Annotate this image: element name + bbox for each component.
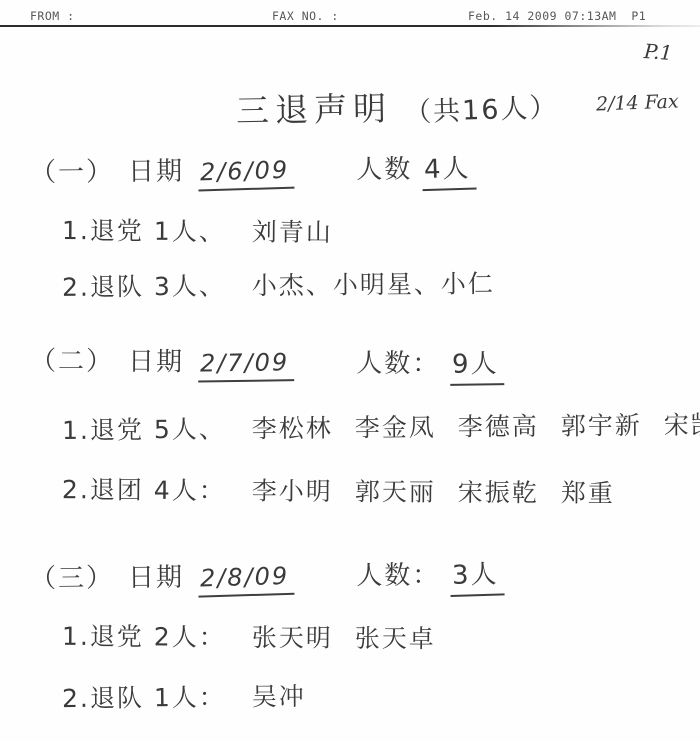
count-value: 9人 (450, 343, 504, 386)
fax-page: { "fax_header": { "from_label": "FROM :"… (0, 0, 700, 742)
person-name: 刘青山 (252, 217, 333, 247)
person-name: 张天明 (252, 623, 333, 653)
entry-prefix: 1.退党 (62, 622, 144, 652)
handwritten-page-number: P.1 (643, 39, 673, 65)
entry-count: 3人、 (154, 271, 226, 301)
entry-count: 2人： (154, 622, 226, 652)
entry-prefix: 2.退队 (62, 683, 144, 713)
entry-line: 1.退党1人、刘青山 (62, 211, 333, 249)
entry-prefix: 1.退党 (62, 216, 144, 246)
count-label: 人数 (356, 155, 412, 185)
person-name: 李小明 (252, 476, 333, 506)
entry-line: 2.退队1人：吴冲 (62, 677, 306, 715)
person-name: 李德高 (458, 412, 539, 442)
person-name: 张天卓 (355, 624, 436, 654)
date-value: 2/7/09 (198, 348, 295, 382)
count-label: 人数： (356, 560, 440, 591)
person-name: 吴冲 (252, 682, 306, 711)
section-3-header: （三）日期2/8/09人数：3人 (30, 554, 504, 600)
section-index: （二） (30, 346, 114, 377)
entry-prefix: 2.退团 (62, 475, 144, 505)
person-name: 小明星 (333, 270, 414, 300)
name-separator: 、 (414, 270, 441, 299)
fax-number-label: FAX NO. : (272, 9, 339, 23)
section-2-header: （二）日期2/7/09人数：9人 (30, 340, 504, 385)
person-name: 郭宇新 (561, 411, 642, 441)
handwritten-fax-date-note: 2/14 Fax (596, 91, 679, 116)
document-title: 三退声明 (236, 83, 393, 133)
person-name: 郑重 (561, 479, 615, 508)
date-value: 2/6/09 (198, 156, 295, 192)
entry-prefix: 1.退党 (62, 415, 144, 445)
person-name: 小仁 (441, 269, 495, 298)
person-name: 小杰 (252, 271, 306, 300)
person-name: 李松林 (252, 414, 333, 444)
entry-count: 1人、 (154, 217, 226, 247)
entry-line: 2.退团4人：李小明郭天丽宋振乾郑重 (62, 470, 615, 510)
person-name: 宋凯莉 (664, 410, 700, 440)
section-index: （一） (30, 157, 114, 188)
date-label: 日期 (128, 157, 184, 187)
total-count-note: （共16人） (403, 85, 559, 129)
entry-line: 1.退党2人：张天明张天卓 (62, 617, 436, 656)
person-name: 郭天丽 (355, 477, 436, 507)
section-1-header: （一）日期2/6/09人数4人 (30, 148, 476, 194)
date-value: 2/8/09 (198, 562, 295, 598)
count-value: 4人 (422, 148, 477, 192)
person-name: 李金凤 (355, 413, 436, 443)
entry-line: 1.退党5人、李松林李金凤李德高郭宇新宋凯莉 (62, 405, 700, 447)
entry-line: 2.退队3人、小杰、小明星、小仁 (62, 264, 495, 304)
fax-timestamp: Feb. 14 2009 07:13AM P1 (468, 9, 646, 23)
entry-count: 1人： (154, 683, 226, 713)
person-name: 宋振乾 (458, 478, 539, 508)
count-value: 3人 (450, 553, 505, 597)
date-label: 日期 (128, 347, 184, 377)
entry-count: 4人： (154, 476, 226, 506)
fax-from-label: FROM : (30, 9, 75, 23)
count-label: 人数： (356, 349, 440, 380)
date-label: 日期 (128, 563, 184, 593)
entry-prefix: 2.退队 (62, 272, 144, 302)
header-divider-rule (0, 25, 700, 27)
entry-count: 5人、 (154, 415, 226, 445)
section-index: （三） (30, 563, 114, 594)
name-separator: 、 (306, 271, 333, 300)
